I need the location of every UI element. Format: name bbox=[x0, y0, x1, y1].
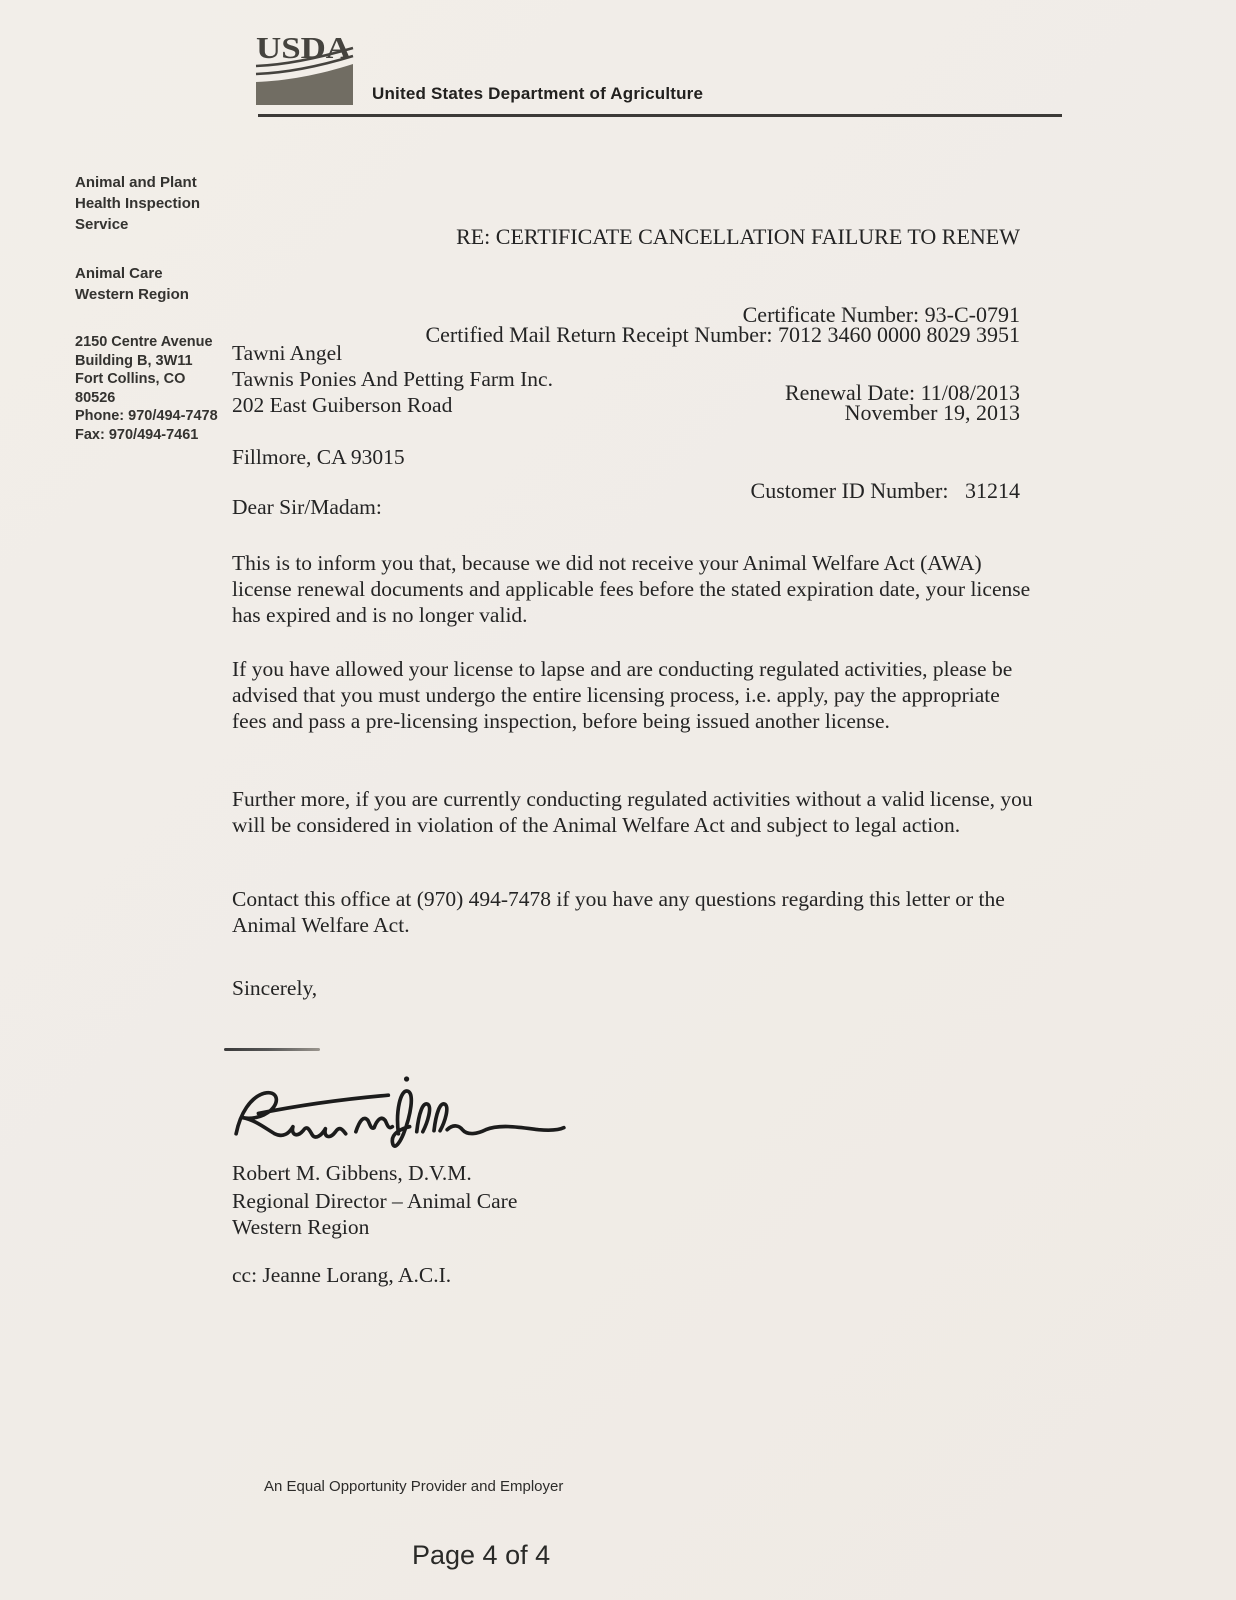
agency-line: Service bbox=[75, 214, 240, 235]
department-title: United States Department of Agriculture bbox=[372, 84, 703, 104]
letterhead-sidebar: Animal and Plant Health Inspection Servi… bbox=[75, 172, 240, 444]
header-rule bbox=[258, 114, 1062, 117]
subject-line: RE: CERTIFICATE CANCELLATION FAILURE TO … bbox=[300, 224, 1020, 250]
usda-logo-icon: USDA bbox=[255, 32, 355, 107]
office-phone: Phone: 970/494-7478 bbox=[75, 407, 240, 426]
closing: Sincerely, bbox=[232, 975, 317, 1001]
program-line: Western Region bbox=[75, 284, 240, 305]
body-paragraph-1: This is to inform you that, because we d… bbox=[232, 550, 1037, 628]
salutation: Dear Sir/Madam: bbox=[232, 494, 382, 520]
program-block: Animal Care Western Region bbox=[75, 263, 240, 305]
recipient-street: 202 East Guiberson Road bbox=[232, 392, 553, 418]
signature-icon bbox=[228, 1068, 573, 1163]
body-paragraph-3: Further more, if you are currently condu… bbox=[232, 786, 1037, 838]
body-paragraph-4: Contact this office at (970) 494-7478 if… bbox=[232, 886, 1037, 938]
page-number: Page 4 of 4 bbox=[412, 1540, 550, 1571]
recipient-address: Tawni Angel Tawnis Ponies And Petting Fa… bbox=[232, 340, 553, 470]
recipient-name: Tawni Angel bbox=[232, 340, 553, 366]
office-fax: Fax: 970/494-7461 bbox=[75, 426, 240, 445]
customer-id-number: Customer ID Number: 31214 bbox=[300, 478, 1020, 504]
body-paragraph-2: If you have allowed your license to laps… bbox=[232, 656, 1037, 734]
cc-line: cc: Jeanne Lorang, A.C.I. bbox=[232, 1262, 451, 1288]
agency-line: Health Inspection bbox=[75, 193, 240, 214]
agency-line: Animal and Plant bbox=[75, 172, 240, 193]
agency-name-block: Animal and Plant Health Inspection Servi… bbox=[75, 172, 240, 235]
pen-dash-mark bbox=[224, 1048, 320, 1051]
recipient-company: Tawnis Ponies And Petting Farm Inc. bbox=[232, 366, 553, 392]
address-line: 80526 bbox=[75, 389, 240, 408]
address-line: 2150 Centre Avenue bbox=[75, 333, 240, 352]
signer-region: Western Region bbox=[232, 1214, 369, 1240]
equal-opportunity-note: An Equal Opportunity Provider and Employ… bbox=[264, 1478, 563, 1495]
recipient-city: Fillmore, CA 93015 bbox=[232, 444, 553, 470]
program-line: Animal Care bbox=[75, 263, 240, 284]
address-line: Fort Collins, CO bbox=[75, 370, 240, 389]
signer-title: Regional Director – Animal Care bbox=[232, 1188, 517, 1214]
address-line: Building B, 3W11 bbox=[75, 352, 240, 371]
letter-page: USDA United States Department of Agricul… bbox=[0, 0, 1236, 1600]
signer-name: Robert M. Gibbens, D.V.M. bbox=[232, 1160, 472, 1186]
office-address-block: 2150 Centre Avenue Building B, 3W11 Fort… bbox=[75, 333, 240, 444]
